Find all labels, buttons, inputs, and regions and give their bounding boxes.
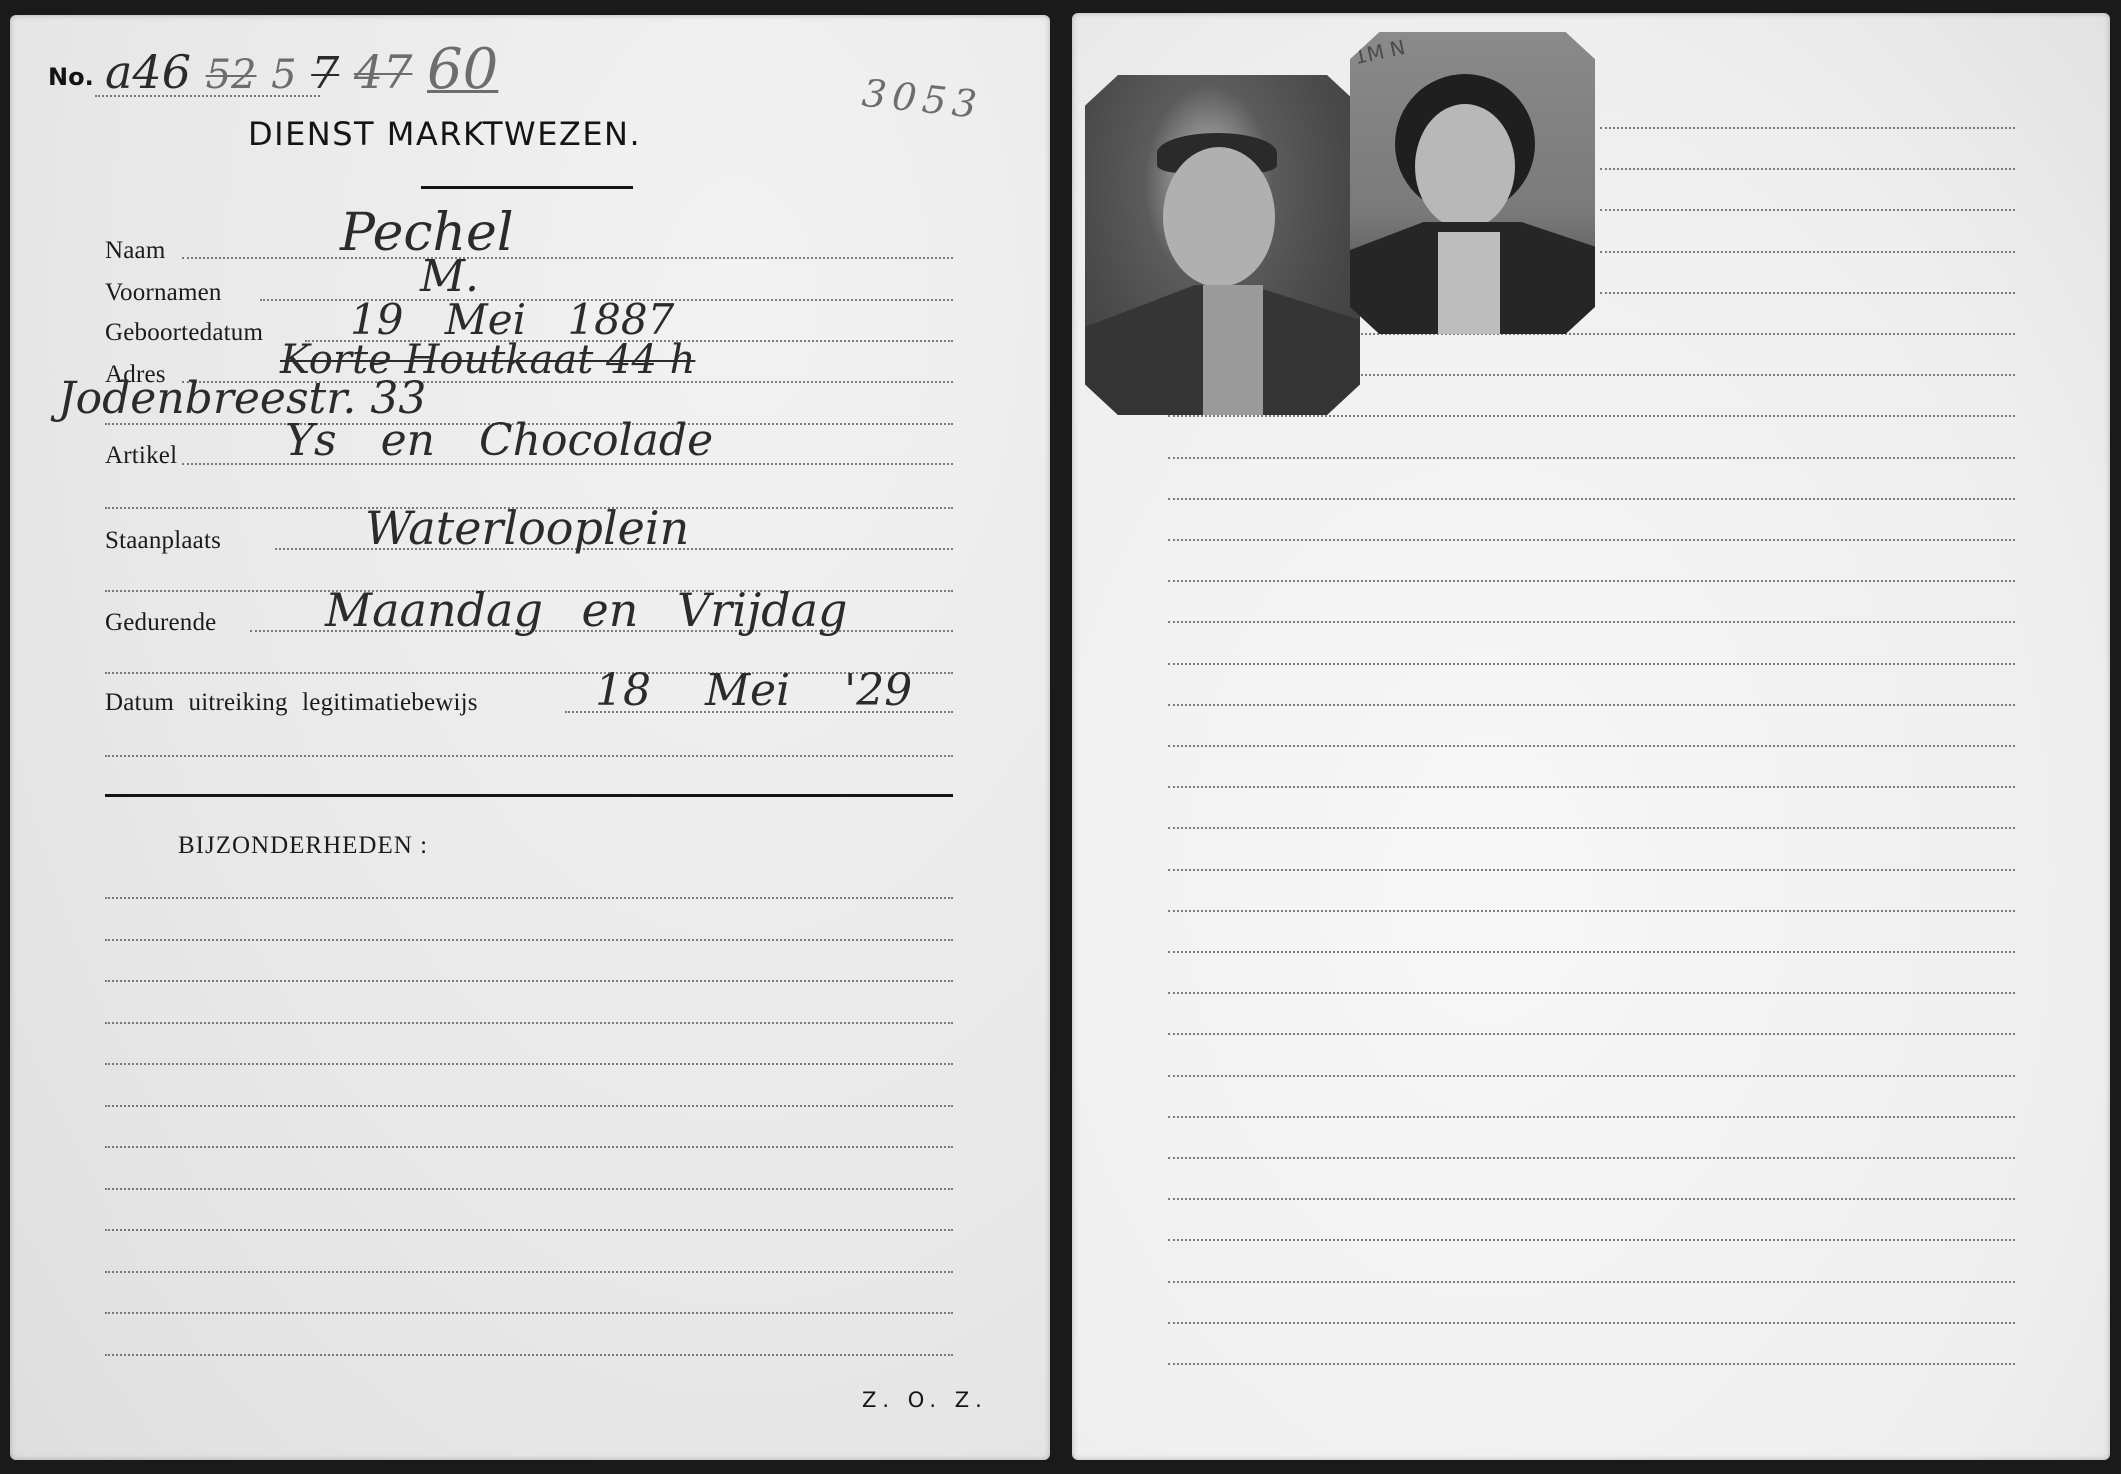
back-dotted-line — [1168, 869, 2015, 871]
back-dotted-line — [1168, 1363, 2015, 1365]
field-value-artikel: Ys en Chocolade — [285, 415, 713, 466]
notes-dotted-line — [105, 1312, 953, 1314]
footer-zoz: Z. O. Z. — [862, 1388, 988, 1412]
notes-dotted-line — [105, 939, 953, 941]
back-dotted-line — [1168, 1075, 2015, 1077]
field-label-geboortedatum: Geboortedatum — [105, 319, 263, 347]
notes-dotted-line — [105, 1063, 953, 1065]
title-underline — [421, 186, 633, 189]
archive-number: 3053 — [860, 71, 985, 127]
back-dotted-line — [1168, 1116, 2015, 1118]
notes-dotted-line — [105, 1105, 953, 1107]
notes-dotted-line — [105, 1229, 953, 1231]
back-dotted-line — [1168, 1322, 2015, 1324]
notes-dotted-line — [105, 1188, 953, 1190]
field-label-staanplaats: Staanplaats — [105, 527, 221, 555]
number-label: No. — [48, 63, 94, 91]
notes-dotted-line — [105, 1146, 953, 1148]
section-divider — [105, 794, 953, 797]
notes-dotted-line — [105, 980, 953, 982]
field-value-gedurende: Maandag en Vrijdag — [325, 583, 848, 637]
card-title: DIENST MARKTWEZEN. — [248, 115, 641, 153]
dotted-line — [105, 755, 953, 757]
notes-dotted-line — [105, 1022, 953, 1024]
number-part: 5 — [271, 52, 296, 98]
notes-dotted-line — [105, 897, 953, 899]
field-label-naam: Naam — [105, 237, 166, 265]
blouse — [1438, 232, 1500, 334]
back-dotted-line — [1168, 621, 2015, 623]
back-dotted-line — [1168, 663, 2015, 665]
scarf — [1203, 285, 1263, 415]
back-dotted-line — [1600, 127, 2015, 129]
notes-dotted-line — [105, 1354, 953, 1356]
number-part-struck: 7 — [311, 48, 339, 99]
notes-dotted-line — [105, 1271, 953, 1273]
back-dotted-line — [1168, 415, 2015, 417]
number-part-current: 60 — [427, 37, 498, 102]
section-title-bijzonderheden: BIJZONDERHEDEN : — [178, 832, 428, 860]
number-part-struck: 52 — [206, 52, 257, 98]
face — [1415, 104, 1515, 229]
back-dotted-line — [1168, 580, 2015, 582]
back-dotted-line — [1600, 168, 2015, 170]
field-label-gedurende: Gedurende — [105, 609, 216, 637]
back-dotted-line — [1168, 827, 2015, 829]
field-value-datum-uitreiking: 18 Mei '29 — [595, 665, 912, 716]
back-dotted-line — [1168, 457, 2015, 459]
field-label-datum-uitreiking: Datum uitreiking legitimatiebewijs — [105, 689, 478, 717]
back-dotted-line — [1168, 1198, 2015, 1200]
stamp-partial: 1M N — [1352, 35, 1407, 69]
back-dotted-line — [1600, 292, 2015, 294]
registration-card-front: No. a46 52 5 7 47 60 3053 DIENST MARKTWE… — [10, 15, 1050, 1460]
field-label-voornamen: Voornamen — [105, 279, 222, 307]
back-dotted-line — [1168, 951, 2015, 953]
back-dotted-line — [1168, 786, 2015, 788]
dotted-line — [182, 257, 953, 259]
number-part: a46 — [105, 45, 191, 99]
field-label-artikel: Artikel — [105, 442, 177, 470]
photo-man — [1085, 75, 1360, 415]
registration-card-back: 1M N — [1072, 13, 2110, 1460]
back-dotted-line — [1600, 209, 2015, 211]
photo-woman: 1M N — [1350, 32, 1595, 334]
face — [1163, 147, 1275, 287]
back-dotted-line — [1168, 745, 2015, 747]
back-dotted-line — [1168, 498, 2015, 500]
back-dotted-line — [1168, 1157, 2015, 1159]
back-dotted-line — [1168, 704, 2015, 706]
back-dotted-line — [1330, 374, 2015, 376]
number-part-struck: 47 — [354, 45, 413, 99]
field-value-staanplaats: Waterlooplein — [365, 501, 689, 555]
card-number: a46 52 5 7 47 60 — [105, 37, 498, 102]
back-dotted-line — [1168, 1281, 2015, 1283]
back-dotted-line — [1168, 1239, 2015, 1241]
back-dotted-line — [1168, 539, 2015, 541]
back-dotted-line — [1168, 992, 2015, 994]
back-dotted-line — [1168, 1033, 2015, 1035]
back-dotted-line — [1600, 251, 2015, 253]
back-dotted-line — [1168, 910, 2015, 912]
